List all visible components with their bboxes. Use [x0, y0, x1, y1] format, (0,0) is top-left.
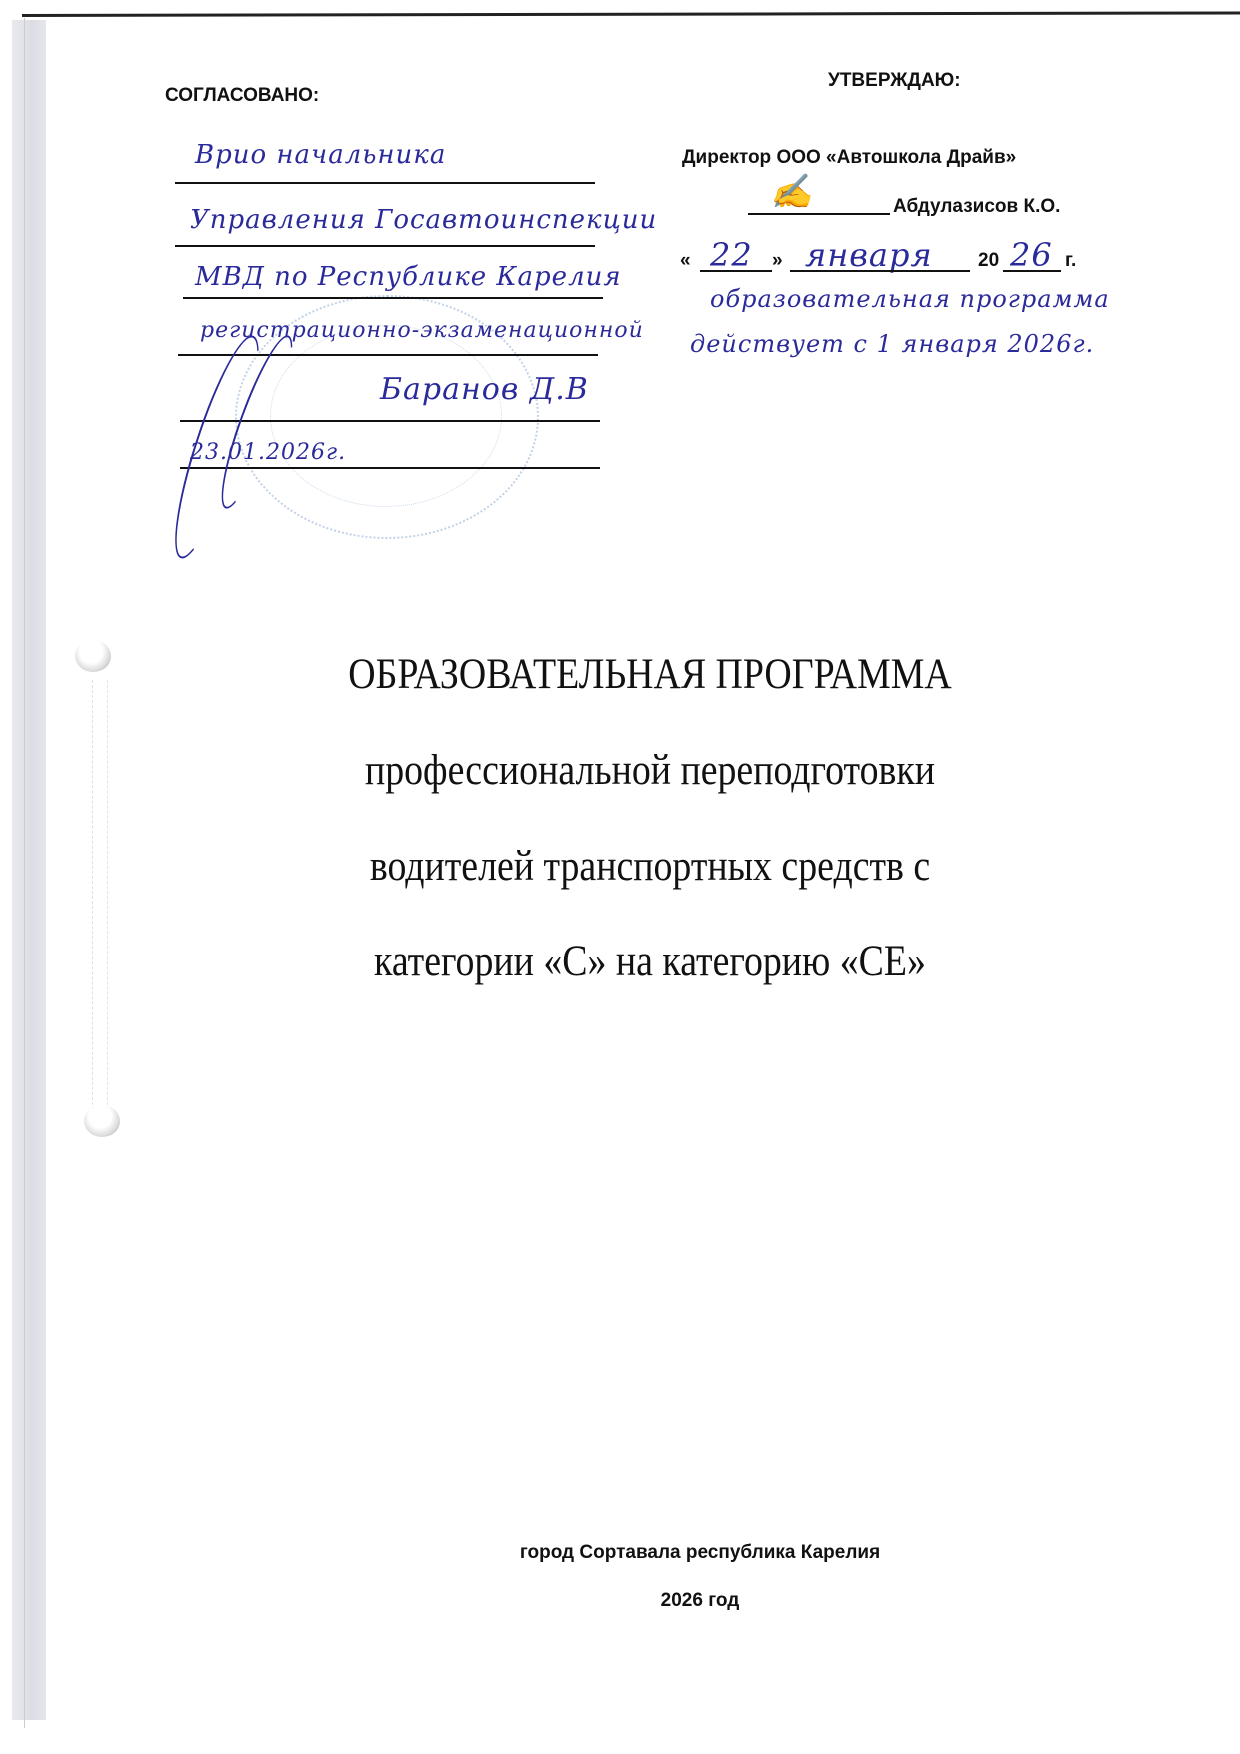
- signature-line-1: [175, 182, 595, 184]
- binding-grommet-top: [75, 640, 111, 672]
- director-signature: ✍: [770, 172, 813, 212]
- date-month-line: [790, 270, 970, 272]
- signature-line-3: [183, 297, 603, 299]
- signature-line-2: [175, 245, 595, 247]
- binding-thread: [92, 680, 108, 1120]
- handwritten-line-1: Врио начальника: [195, 140, 446, 170]
- page-edge-left: [24, 18, 25, 1728]
- official-stamp-inner: [270, 325, 502, 507]
- page-edge-top: [22, 11, 1240, 17]
- director-position: Директор ООО «Автошкола Драйв»: [682, 147, 1016, 169]
- title-line-1: ОБРАЗОВАТЕЛЬНАЯ ПРОГРАММА: [254, 650, 1046, 699]
- director-signature-line: [748, 213, 890, 215]
- handwritten-signatory-name: Баранов Д.В: [380, 372, 589, 407]
- binding-strip: [12, 20, 46, 1720]
- date-year-line: [1003, 270, 1061, 272]
- agreed-header: СОГЛАСОВАНО:: [165, 85, 319, 107]
- handwritten-line-4: регистрационно-экзаменационной: [200, 318, 644, 343]
- binding-grommet-bottom: [84, 1105, 120, 1137]
- director-name: Абдулазисов К.О.: [893, 196, 1060, 218]
- date-day: 22: [710, 236, 753, 274]
- date-year-prefix: 20: [978, 250, 999, 272]
- date-close-quote: »: [772, 250, 783, 272]
- date-open-quote: «: [680, 250, 691, 272]
- approve-header: УТВЕРЖДАЮ:: [828, 70, 961, 92]
- date-year-suffix: 26: [1010, 236, 1053, 274]
- date-year-end: г.: [1065, 250, 1076, 272]
- footer-city: город Сортавала республика Карелия: [400, 1542, 1000, 1564]
- handwritten-validity-note-2: действует с 1 января 2026г.: [690, 330, 1094, 358]
- date-day-line: [700, 270, 772, 272]
- title-line-4: категории «С» на категорию «СЕ»: [254, 937, 1046, 986]
- handwritten-validity-note-1: образовательная программа: [710, 285, 1110, 313]
- handwritten-line-2: Управления Госавтоинспекции: [190, 205, 657, 235]
- title-line-3: водителей транспортных средств с: [254, 842, 1046, 891]
- date-month: января: [805, 236, 933, 274]
- handwritten-line-3: МВД по Республике Карелия: [195, 262, 622, 292]
- footer-year: 2026 год: [400, 1590, 1000, 1612]
- title-line-2: профессиональной переподготовки: [254, 746, 1046, 795]
